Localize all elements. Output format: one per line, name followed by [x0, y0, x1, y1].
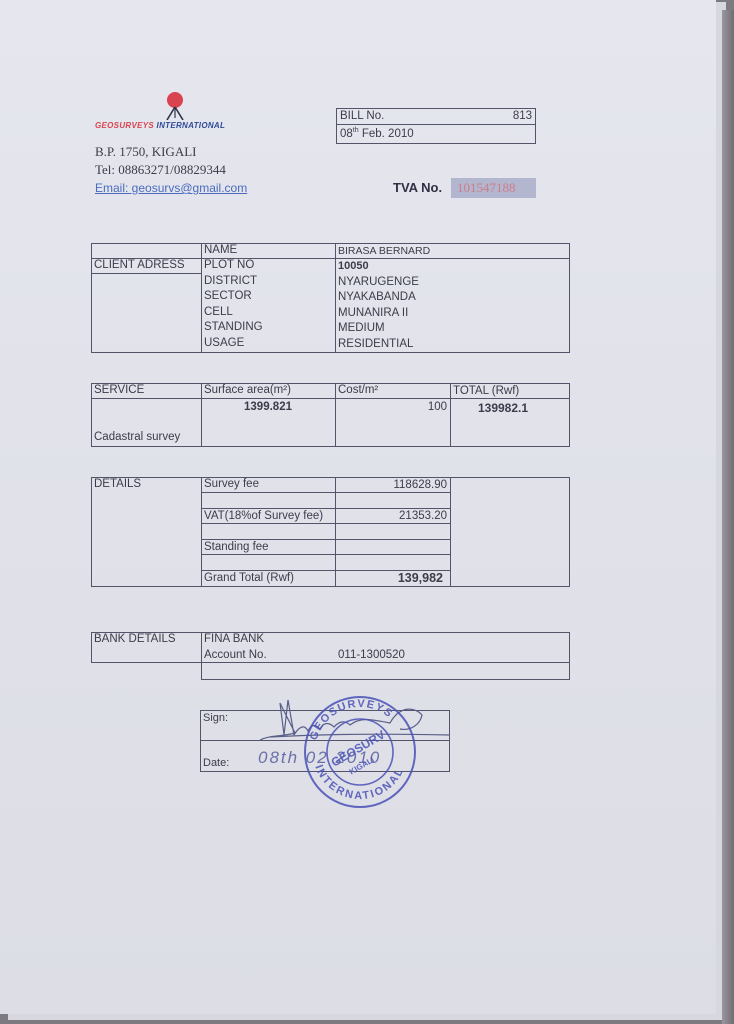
details-row-label: Survey fee	[204, 478, 259, 490]
company-logo: GEOSURVEYS INTERNATIONAL	[95, 90, 230, 134]
total-value: 139982.1	[450, 401, 556, 415]
details-label: DETAILS	[94, 478, 141, 490]
field-label-plot: PLOT NO	[204, 259, 254, 271]
cost-value: 100	[336, 401, 447, 413]
invoice-page: GEOSURVEYS INTERNATIONAL B.P. 1750, KIGA…	[0, 0, 716, 1014]
company-phone: Tel: 08863271/08829344	[95, 162, 226, 178]
company-email-link[interactable]: Email: geosurvs@gmail.com	[95, 181, 247, 195]
page-edge-shadow	[722, 10, 734, 1024]
account-number: 011-1300520	[338, 649, 405, 661]
header-cost: Cost/m²	[338, 384, 378, 396]
details-row-label: Standing fee	[204, 541, 269, 553]
service-name: Cadastral survey	[94, 431, 180, 443]
tva-number: 101547188	[451, 178, 536, 198]
bill-number: 813	[470, 110, 532, 122]
grand-total-value: 139,982	[336, 571, 443, 585]
field-label-name: NAME	[204, 244, 237, 256]
bank-name: FINA BANK	[204, 633, 264, 645]
header-total: TOTAL (Rwf)	[453, 385, 519, 397]
account-label: Account No.	[204, 649, 267, 661]
bank-details-label: BANK DETAILS	[94, 633, 176, 645]
field-value-cell: MUNANIRA II	[338, 307, 408, 319]
survey-tripod-icon	[95, 90, 230, 120]
company-stamp: GEOSURVEYS INTERNATIONAL GEOSURV KIGALI	[295, 690, 425, 810]
field-value-standing: MEDIUM	[338, 322, 385, 334]
details-row-value: 118628.90	[336, 479, 447, 491]
date-label: Date:	[203, 757, 229, 769]
surface-area-value: 1399.821	[201, 401, 335, 413]
field-value-district: NYARUGENGE	[338, 276, 419, 288]
header-surface-area: Surface area(m²)	[204, 384, 291, 396]
header-service: SERVICE	[94, 384, 144, 396]
field-value-usage: RESIDENTIAL	[338, 338, 413, 350]
field-label-cell: CELL	[204, 306, 233, 318]
client-address-label: CLIENT ADRESS	[94, 259, 185, 271]
field-label-district: DISTRICT	[204, 275, 257, 287]
details-row-label: VAT(18%of Survey fee)	[204, 510, 323, 522]
grand-total-label: Grand Total (Rwf)	[204, 572, 294, 584]
field-label-sector: SECTOR	[204, 290, 252, 302]
details-row-value: 21353.20	[336, 510, 447, 522]
bill-date: 08th Feb. 2010	[340, 127, 414, 140]
field-label-usage: USAGE	[204, 337, 244, 349]
field-value-sector: NYAKABANDA	[338, 291, 416, 303]
field-value-name: BIRASA BERNARD	[338, 245, 430, 257]
company-address: B.P. 1750, KIGALI	[95, 144, 196, 160]
sign-label: Sign:	[203, 712, 228, 724]
field-label-standing: STANDING	[204, 321, 263, 333]
tva-label: TVA No.	[393, 180, 442, 195]
bill-no-label: BILL No.	[340, 110, 384, 122]
field-value-plot: 10050	[338, 260, 369, 272]
company-name-red: GEOSURVEYS	[95, 121, 154, 130]
company-name-blue: INTERNATIONAL	[157, 121, 226, 130]
